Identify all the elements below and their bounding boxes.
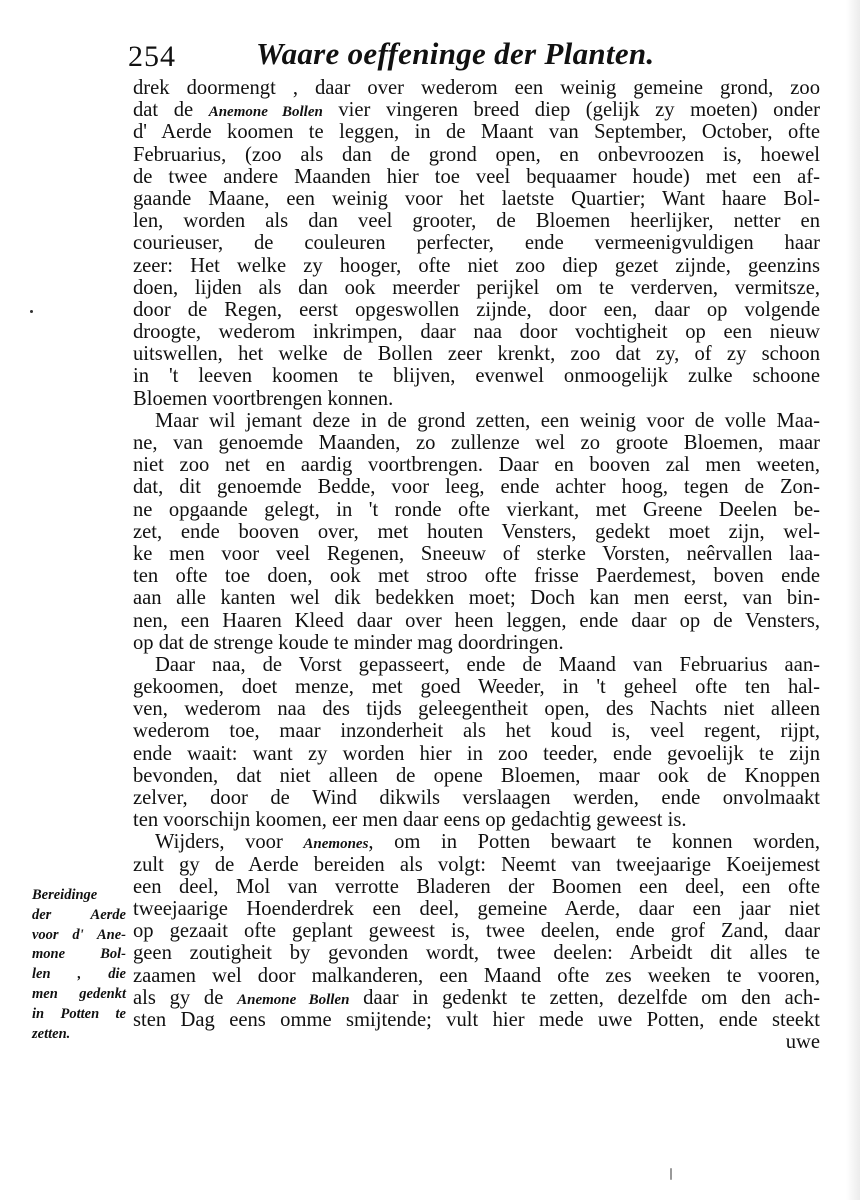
page-header: 254 Waare oeffeninge der Planten. — [128, 36, 808, 80]
text-line: Maar wil jemant deze in de grond zetten,… — [133, 410, 820, 432]
margin-note-line: men gedenkt — [32, 985, 126, 1005]
text-line: Bloemen voortbrengen konnen. — [133, 388, 820, 410]
text-line: dat, dit genoemde Bedde, voor leeg, ende… — [133, 476, 820, 498]
margin-note-line: der Aerde — [32, 906, 126, 926]
page-edge-shadow — [846, 0, 860, 1200]
text-line: doen, lijden als dan ook meerder perijke… — [133, 277, 820, 299]
margin-note-line: mone Bol- — [32, 945, 126, 965]
print-speck — [670, 1168, 672, 1180]
text-line: Daar naa, de Vorst gepasseert, ende de M… — [133, 654, 820, 676]
text-line: d' Aerde koomen te leggen, in de Maant v… — [133, 121, 820, 143]
text-line: ende waait: want zy worden hier in zoo t… — [133, 743, 820, 765]
margin-note-line: voor d' Ane- — [32, 926, 126, 946]
margin-note: Bereidingeder Aerdevoor d' Ane-mone Bol-… — [32, 886, 126, 1044]
text-line: len, worden als dan veel grooter, de Blo… — [133, 210, 820, 232]
emphasized-term: Anemone Bollen — [209, 104, 323, 120]
text-line: gaande Maane, een weinig voor het laetst… — [133, 188, 820, 210]
text-line: uitswellen, het welke de Bollen zeer kre… — [133, 343, 820, 365]
text-line: sten Dag eens omme smijtende; vult hier … — [133, 1009, 820, 1031]
text-line: ven, wederom naa des tijds geleegentheit… — [133, 698, 820, 720]
emphasized-term: Anemone Bollen — [237, 992, 349, 1008]
text-line: in 't leeven koomen te blijven, evenwel … — [133, 365, 820, 387]
text-line: Februarius, (zoo als dan de grond open, … — [133, 144, 820, 166]
text-line: niet zoo net en aardig voortbrengen. Daa… — [133, 454, 820, 476]
catchword: uwe — [133, 1031, 820, 1053]
text-line: ke men voor veel Regenen, Sneeuw of ster… — [133, 543, 820, 565]
text-line: ne opgaande gelegt, in 't ronde ofte vie… — [133, 499, 820, 521]
body-text: drek doormengt , daar over wederom een w… — [133, 77, 820, 1053]
text-line: zet, ende booven over, met houten Venste… — [133, 521, 820, 543]
text-line: ten voorschijn koomen, eer men daar eens… — [133, 809, 820, 831]
text-line: ten ofte toe doen, ook met stroo ofte fr… — [133, 565, 820, 587]
text-line: gekoomen, doet menze, met goed Weeder, i… — [133, 676, 820, 698]
text-line: Wijders, voor Anemones, om in Potten bew… — [133, 831, 820, 853]
book-page: 254 Waare oeffeninge der Planten. drek d… — [0, 0, 860, 1200]
text-line: een deel, Mol van verrotte Bladeren der … — [133, 876, 820, 898]
text-line: zeer: Het welke zy hooger, ofte niet zoo… — [133, 255, 820, 277]
text-line: de twee andere Maanden hier toe veel beq… — [133, 166, 820, 188]
text-line: ne, van genoemde Maanden, zo zullenze we… — [133, 432, 820, 454]
text-line: zaamen wel door malkanderen, een Maand o… — [133, 965, 820, 987]
text-line: nen, een Haaren Kleed daar over heen leg… — [133, 610, 820, 632]
print-speck — [30, 310, 33, 313]
margin-note-line: Bereidinge — [32, 886, 126, 906]
text-line: bevonden, dat niet alleen de opene Bloem… — [133, 765, 820, 787]
text-line: aan alle kanten wel dik bedekken moet; D… — [133, 587, 820, 609]
page-number: 254 — [128, 40, 176, 74]
text-line: op gezaait ofte geplant geweest is, twee… — [133, 920, 820, 942]
text-line: wederom toe, maar inzonderheit als het k… — [133, 720, 820, 742]
text-line: geen zoutigheit by gevonden wordt, twee … — [133, 942, 820, 964]
text-line: droogte, wederom inkrimpen, daar naa doo… — [133, 321, 820, 343]
margin-note-line: zetten. — [32, 1025, 126, 1045]
text-line: door de Regen, eerst opgeswollen zijnde,… — [133, 299, 820, 321]
margin-note-line: in Potten te — [32, 1005, 126, 1025]
text-line: op dat de strenge koude te minder mag do… — [133, 632, 820, 654]
emphasized-term: Anemones — [303, 836, 368, 852]
text-line: dat de Anemone Bollen vier vingeren bree… — [133, 99, 820, 121]
text-line: zelver, door de Wind dikwils verslaagen … — [133, 787, 820, 809]
text-line: tweejaarige Hoenderdrek een deel, gemein… — [133, 898, 820, 920]
text-line: als gy de Anemone Bollen daar in gedenkt… — [133, 987, 820, 1009]
text-line: drek doormengt , daar over wederom een w… — [133, 77, 820, 99]
text-line: courieuser, de couleuren perfecter, ende… — [133, 232, 820, 254]
text-line: zult gy de Aerde bereiden als volgt: Nee… — [133, 854, 820, 876]
running-title: Waare oeffeninge der Planten. — [256, 36, 654, 72]
margin-note-line: len , die — [32, 965, 126, 985]
